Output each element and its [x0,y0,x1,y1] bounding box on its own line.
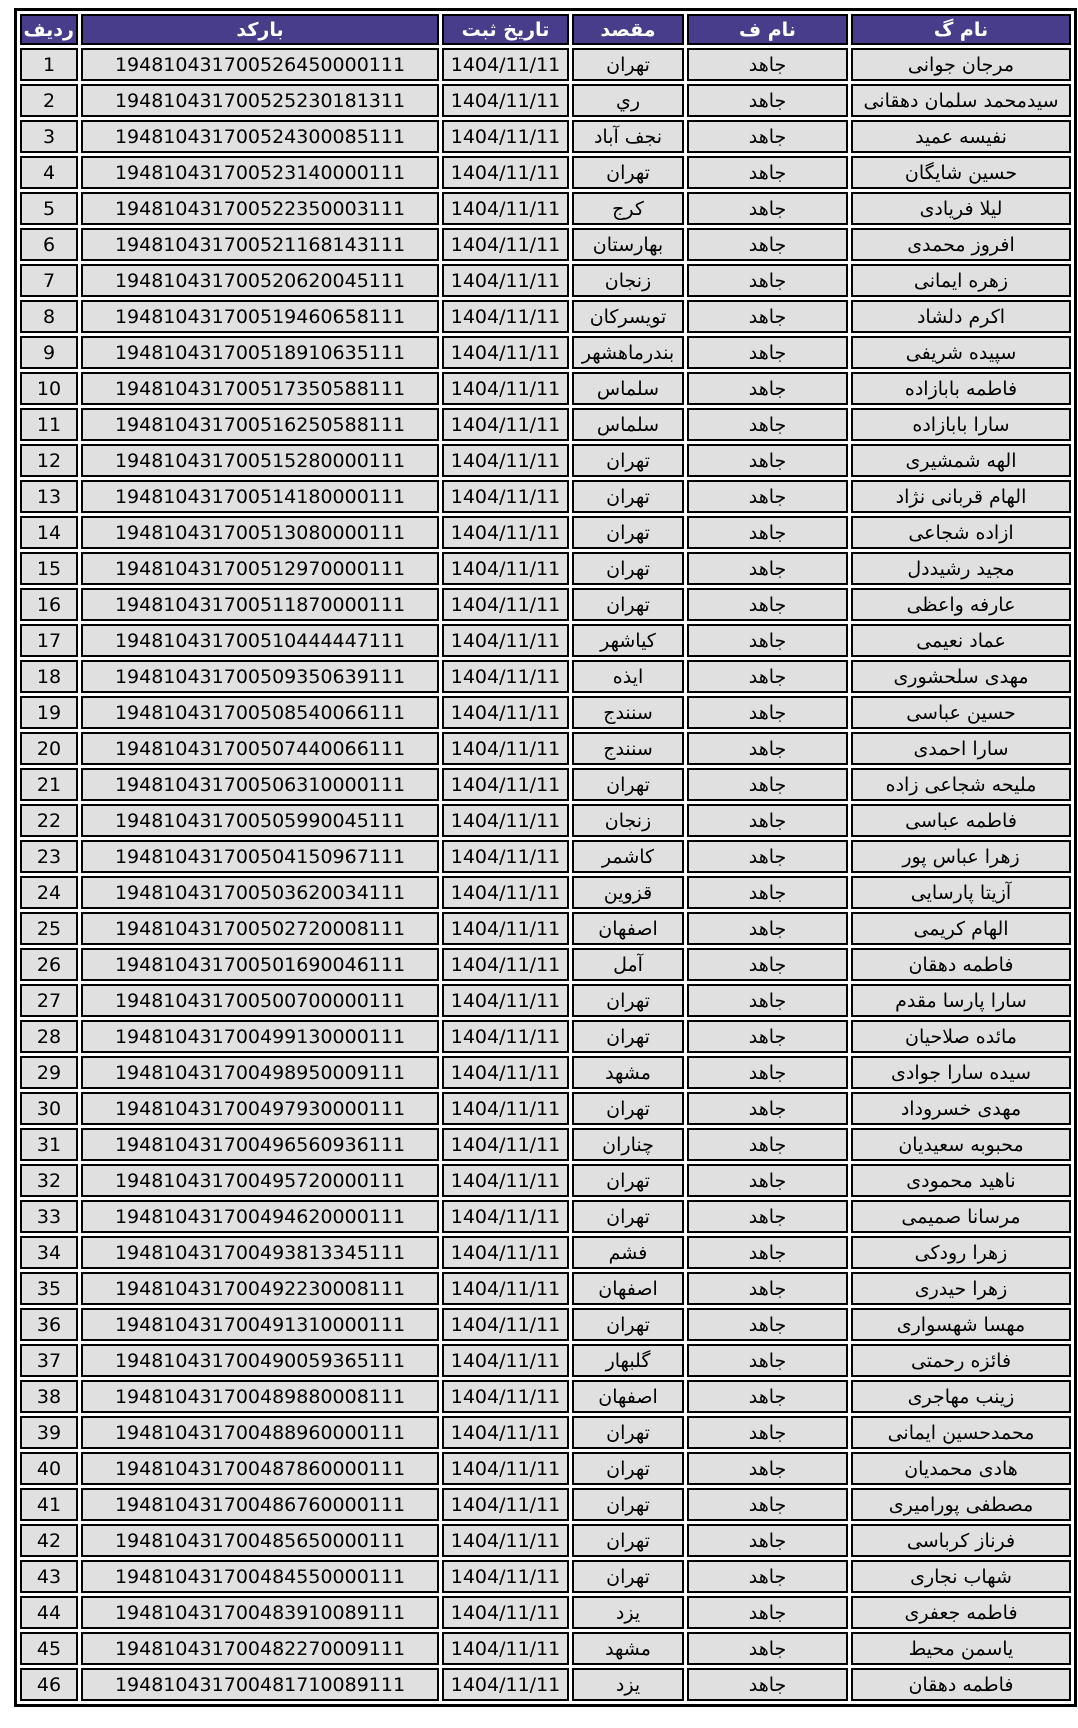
cell-barcode: 194810431700524300085111 [81,120,439,153]
cell-last-name: مرسانا صمیمی [851,1200,1071,1233]
cell-destination: تهران [572,1092,684,1125]
cell-barcode: 194810431700481710089111 [81,1668,439,1701]
cell-first-name: جاهد [687,120,848,153]
cell-destination: تهران [572,1488,684,1521]
cell-row-number: 24 [20,876,78,909]
cell-first-name: جاهد [687,1092,848,1125]
cell-first-name: جاهد [687,696,848,729]
table-row: 71948104317005206200451111404/11/11زنجان… [20,264,1071,297]
cell-barcode: 194810431700516250588111 [81,408,439,441]
cell-last-name: سارا احمدی [851,732,1071,765]
cell-date: 1404/11/11 [442,1056,569,1089]
cell-barcode: 194810431700514180000111 [81,480,439,513]
cell-date: 1404/11/11 [442,480,569,513]
cell-date: 1404/11/11 [442,1596,569,1629]
cell-barcode: 194810431700489880008111 [81,1380,439,1413]
header-destination: مقصد [572,14,684,45]
cell-date: 1404/11/11 [442,300,569,333]
cell-row-number: 8 [20,300,78,333]
table-row: 351948104317004922300081111404/11/11اصفه… [20,1272,1071,1305]
cell-date: 1404/11/11 [442,1452,569,1485]
cell-date: 1404/11/11 [442,840,569,873]
cell-first-name: جاهد [687,1344,848,1377]
cell-date: 1404/11/11 [442,1380,569,1413]
cell-barcode: 194810431700502720008111 [81,912,439,945]
cell-first-name: جاهد [687,48,848,81]
cell-last-name: مصطفی پورامیری [851,1488,1071,1521]
cell-date: 1404/11/11 [442,1236,569,1269]
table-row: 271948104317005007000001111404/11/11تهرا… [20,984,1071,1017]
table-row: 301948104317004979300001111404/11/11تهرا… [20,1092,1071,1125]
cell-first-name: جاهد [687,1560,848,1593]
cell-last-name: عماد نعیمی [851,624,1071,657]
cell-date: 1404/11/11 [442,444,569,477]
cell-date: 1404/11/11 [442,912,569,945]
cell-date: 1404/11/11 [442,408,569,441]
table-row: 191948104317005085400661111404/11/11سنند… [20,696,1071,729]
cell-first-name: جاهد [687,1452,848,1485]
table-row: 131948104317005141800001111404/11/11تهرا… [20,480,1071,513]
cell-first-name: جاهد [687,1380,848,1413]
cell-date: 1404/11/11 [442,768,569,801]
cell-first-name: جاهد [687,228,848,261]
cell-barcode: 194810431700522350003111 [81,192,439,225]
cell-first-name: جاهد [687,804,848,837]
cell-barcode: 194810431700497930000111 [81,1092,439,1125]
table-row: 421948104317004856500001111404/11/11تهرا… [20,1524,1071,1557]
cell-first-name: جاهد [687,732,848,765]
cell-date: 1404/11/11 [442,588,569,621]
cell-destination: کاشمر [572,840,684,873]
header-barcode: بارکد [81,14,439,45]
cell-row-number: 31 [20,1128,78,1161]
cell-first-name: جاهد [687,1128,848,1161]
cell-row-number: 17 [20,624,78,657]
table-body: 11948104317005264500001111404/11/11تهران… [20,48,1071,1701]
cell-first-name: جاهد [687,1308,848,1341]
cell-date: 1404/11/11 [442,1560,569,1593]
cell-row-number: 28 [20,1020,78,1053]
cell-barcode: 194810431700490059365111 [81,1344,439,1377]
report-page: ردیف بارکد تاریخ ثبت مقصد نام ف نام گ 11… [0,0,1078,1728]
cell-barcode: 194810431700494620000111 [81,1200,439,1233]
cell-destination: سلماس [572,372,684,405]
cell-barcode: 194810431700520620045111 [81,264,439,297]
cell-date: 1404/11/11 [442,732,569,765]
cell-destination: تهران [572,1200,684,1233]
shipments-table: ردیف بارکد تاریخ ثبت مقصد نام ف نام گ 11… [14,8,1077,1707]
cell-last-name: زینب مهاجری [851,1380,1071,1413]
cell-row-number: 30 [20,1092,78,1125]
cell-destination: تهران [572,552,684,585]
cell-last-name: حسین شایگان [851,156,1071,189]
cell-first-name: جاهد [687,552,848,585]
cell-first-name: جاهد [687,1200,848,1233]
cell-date: 1404/11/11 [442,516,569,549]
cell-first-name: جاهد [687,1164,848,1197]
cell-last-name: لیلا فریادی [851,192,1071,225]
cell-last-name: ملیحه شجاعی زاده [851,768,1071,801]
cell-date: 1404/11/11 [442,336,569,369]
cell-first-name: جاهد [687,1236,848,1269]
cell-destination: تهران [572,1524,684,1557]
cell-last-name: الهام کریمی [851,912,1071,945]
cell-barcode: 194810431700495720000111 [81,1164,439,1197]
cell-row-number: 46 [20,1668,78,1701]
cell-first-name: جاهد [687,624,848,657]
table-row: 241948104317005036200341111404/11/11قزوی… [20,876,1071,909]
table-row: 261948104317005016900461111404/11/11آملج… [20,948,1071,981]
cell-last-name: مهسا شهسواری [851,1308,1071,1341]
cell-date: 1404/11/11 [442,1488,569,1521]
table-row: 221948104317005059900451111404/11/11زنجا… [20,804,1071,837]
table-row: 231948104317005041509671111404/11/11کاشم… [20,840,1071,873]
cell-last-name: مهدی سلحشوری [851,660,1071,693]
cell-row-number: 16 [20,588,78,621]
cell-row-number: 35 [20,1272,78,1305]
header-first-name: نام ف [687,14,848,45]
cell-date: 1404/11/11 [442,1092,569,1125]
cell-last-name: ازاده شجاعی [851,516,1071,549]
cell-last-name: سیدمحمد سلمان دهقانی [851,84,1071,117]
cell-date: 1404/11/11 [442,1272,569,1305]
cell-destination: قزوین [572,876,684,909]
table-row: 381948104317004898800081111404/11/11اصفه… [20,1380,1071,1413]
cell-date: 1404/11/11 [442,804,569,837]
cell-barcode: 194810431700512970000111 [81,552,439,585]
cell-row-number: 14 [20,516,78,549]
cell-first-name: جاهد [687,588,848,621]
cell-row-number: 34 [20,1236,78,1269]
cell-row-number: 11 [20,408,78,441]
table-row: 11948104317005264500001111404/11/11تهران… [20,48,1071,81]
table-row: 61948104317005211681431111404/11/11بهارس… [20,228,1071,261]
cell-row-number: 44 [20,1596,78,1629]
cell-first-name: جاهد [687,840,848,873]
cell-last-name: حسین عباسی [851,696,1071,729]
cell-row-number: 5 [20,192,78,225]
cell-barcode: 194810431700523140000111 [81,156,439,189]
cell-destination: کرج [572,192,684,225]
table-row: 411948104317004867600001111404/11/11تهرا… [20,1488,1071,1521]
cell-row-number: 15 [20,552,78,585]
table-row: 111948104317005162505881111404/11/11سلما… [20,408,1071,441]
cell-date: 1404/11/11 [442,984,569,1017]
cell-destination: سلماس [572,408,684,441]
cell-destination: تهران [572,516,684,549]
cell-barcode: 194810431700482270009111 [81,1632,439,1665]
cell-date: 1404/11/11 [442,372,569,405]
cell-barcode: 194810431700518910635111 [81,336,439,369]
cell-barcode: 194810431700486760000111 [81,1488,439,1521]
table-row: 331948104317004946200001111404/11/11تهرا… [20,1200,1071,1233]
cell-first-name: جاهد [687,156,848,189]
table-row: 291948104317004989500091111404/11/11مشهد… [20,1056,1071,1089]
cell-row-number: 4 [20,156,78,189]
cell-first-name: جاهد [687,984,848,1017]
cell-destination: اصفهان [572,912,684,945]
cell-barcode: 194810431700526450000111 [81,48,439,81]
cell-destination: تویسرکان [572,300,684,333]
cell-barcode: 194810431700506310000111 [81,768,439,801]
cell-barcode: 194810431700493813345111 [81,1236,439,1269]
cell-last-name: زهرا عباس پور [851,840,1071,873]
cell-destination: گلبهار [572,1344,684,1377]
cell-row-number: 26 [20,948,78,981]
cell-date: 1404/11/11 [442,1344,569,1377]
cell-destination: اصفهان [572,1380,684,1413]
cell-first-name: جاهد [687,1056,848,1089]
table-row: 371948104317004900593651111404/11/11گلبه… [20,1344,1071,1377]
cell-barcode: 194810431700485650000111 [81,1524,439,1557]
cell-first-name: جاهد [687,1020,848,1053]
cell-last-name: فاطمه دهقان [851,948,1071,981]
cell-destination: کیاشهر [572,624,684,657]
cell-barcode: 194810431700515280000111 [81,444,439,477]
cell-destination: زنجان [572,804,684,837]
cell-row-number: 32 [20,1164,78,1197]
table-row: 321948104317004957200001111404/11/11تهرا… [20,1164,1071,1197]
cell-barcode: 194810431700513080000111 [81,516,439,549]
cell-row-number: 29 [20,1056,78,1089]
header-row-number: ردیف [20,14,78,45]
table-row: 91948104317005189106351111404/11/11بندرم… [20,336,1071,369]
header-row: ردیف بارکد تاریخ ثبت مقصد نام ف نام گ [20,14,1071,45]
cell-barcode: 194810431700499130000111 [81,1020,439,1053]
cell-last-name: الهام قربانی نژاد [851,480,1071,513]
table-row: 31948104317005243000851111404/11/11نجف آ… [20,120,1071,153]
cell-destination: تهران [572,48,684,81]
cell-last-name: افروز محمدی [851,228,1071,261]
cell-barcode: 194810431700488960000111 [81,1416,439,1449]
cell-date: 1404/11/11 [442,120,569,153]
table-row: 41948104317005231400001111404/11/11تهران… [20,156,1071,189]
cell-barcode: 194810431700500700000111 [81,984,439,1017]
cell-first-name: جاهد [687,444,848,477]
cell-last-name: زهره ایمانی [851,264,1071,297]
table-row: 81948104317005194606581111404/11/11تویسر… [20,300,1071,333]
cell-row-number: 41 [20,1488,78,1521]
cell-destination: بهارستان [572,228,684,261]
cell-destination: نجف آباد [572,120,684,153]
cell-row-number: 43 [20,1560,78,1593]
table-row: 201948104317005074400661111404/11/11سنند… [20,732,1071,765]
cell-destination: تهران [572,768,684,801]
cell-date: 1404/11/11 [442,1668,569,1701]
cell-row-number: 36 [20,1308,78,1341]
cell-first-name: جاهد [687,264,848,297]
cell-destination: سنندج [572,696,684,729]
cell-barcode: 194810431700498950009111 [81,1056,439,1089]
cell-first-name: جاهد [687,1632,848,1665]
cell-barcode: 194810431700507440066111 [81,732,439,765]
table-row: 441948104317004839100891111404/11/11یزدج… [20,1596,1071,1629]
cell-barcode: 194810431700510444447111 [81,624,439,657]
cell-row-number: 38 [20,1380,78,1413]
cell-date: 1404/11/11 [442,264,569,297]
cell-last-name: مرجان جوانی [851,48,1071,81]
cell-last-name: نفیسه عمید [851,120,1071,153]
table-row: 361948104317004913100001111404/11/11تهرا… [20,1308,1071,1341]
cell-destination: اصفهان [572,1272,684,1305]
cell-last-name: ناهید محمودی [851,1164,1071,1197]
cell-destination: تهران [572,1416,684,1449]
cell-date: 1404/11/11 [442,228,569,261]
header-date: تاریخ ثبت [442,14,569,45]
cell-last-name: عارفه واعظی [851,588,1071,621]
cell-date: 1404/11/11 [442,1416,569,1449]
cell-destination: سنندج [572,732,684,765]
cell-barcode: 194810431700508540066111 [81,696,439,729]
table-row: 121948104317005152800001111404/11/11تهرا… [20,444,1071,477]
cell-row-number: 6 [20,228,78,261]
cell-barcode: 194810431700492230008111 [81,1272,439,1305]
cell-row-number: 40 [20,1452,78,1485]
cell-last-name: فاطمه بابازاده [851,372,1071,405]
cell-last-name: فائزه رحمتی [851,1344,1071,1377]
cell-date: 1404/11/11 [442,84,569,117]
cell-first-name: جاهد [687,1272,848,1305]
cell-row-number: 33 [20,1200,78,1233]
cell-row-number: 23 [20,840,78,873]
cell-destination: تهران [572,588,684,621]
cell-first-name: جاهد [687,336,848,369]
table-row: 401948104317004878600001111404/11/11تهرا… [20,1452,1071,1485]
cell-date: 1404/11/11 [442,1524,569,1557]
table-row: 211948104317005063100001111404/11/11تهرا… [20,768,1071,801]
cell-destination: تهران [572,480,684,513]
table-row: 101948104317005173505881111404/11/11سلما… [20,372,1071,405]
cell-barcode: 194810431700511870000111 [81,588,439,621]
cell-first-name: جاهد [687,912,848,945]
cell-first-name: جاهد [687,84,848,117]
cell-destination: مشهد [572,1632,684,1665]
cell-date: 1404/11/11 [442,696,569,729]
cell-date: 1404/11/11 [442,192,569,225]
table-row: 461948104317004817100891111404/11/11یزدج… [20,1668,1071,1701]
cell-barcode: 194810431700509350639111 [81,660,439,693]
cell-row-number: 42 [20,1524,78,1557]
cell-first-name: جاهد [687,876,848,909]
table-row: 161948104317005118700001111404/11/11تهرا… [20,588,1071,621]
cell-destination: بندرماهشهر [572,336,684,369]
table-row: 141948104317005130800001111404/11/11تهرا… [20,516,1071,549]
cell-destination: زنجان [572,264,684,297]
cell-date: 1404/11/11 [442,1020,569,1053]
cell-destination: تهران [572,444,684,477]
cell-destination: تهران [572,1560,684,1593]
cell-last-name: فاطمه جعفری [851,1596,1071,1629]
cell-first-name: جاهد [687,1488,848,1521]
cell-barcode: 194810431700519460658111 [81,300,439,333]
cell-last-name: آزیتا پارسایی [851,876,1071,909]
cell-destination: آمل [572,948,684,981]
cell-first-name: جاهد [687,768,848,801]
cell-last-name: فاطمه عباسی [851,804,1071,837]
cell-last-name: سارا پارسا مقدم [851,984,1071,1017]
cell-destination: ري [572,84,684,117]
cell-barcode: 194810431700521168143111 [81,228,439,261]
table-row: 341948104317004938133451111404/11/11فشمج… [20,1236,1071,1269]
cell-first-name: جاهد [687,660,848,693]
cell-first-name: جاهد [687,1524,848,1557]
cell-row-number: 27 [20,984,78,1017]
header-last-name: نام گ [851,14,1071,45]
cell-destination: تهران [572,156,684,189]
cell-row-number: 19 [20,696,78,729]
cell-row-number: 12 [20,444,78,477]
cell-row-number: 9 [20,336,78,369]
cell-first-name: جاهد [687,1596,848,1629]
cell-last-name: الهه شمشیری [851,444,1071,477]
cell-date: 1404/11/11 [442,624,569,657]
cell-date: 1404/11/11 [442,156,569,189]
cell-destination: ایذه [572,660,684,693]
cell-last-name: مجید رشیددل [851,552,1071,585]
table-row: 451948104317004822700091111404/11/11مشهد… [20,1632,1071,1665]
cell-row-number: 45 [20,1632,78,1665]
cell-date: 1404/11/11 [442,1200,569,1233]
cell-row-number: 21 [20,768,78,801]
cell-last-name: مائده صلاحیان [851,1020,1071,1053]
cell-date: 1404/11/11 [442,1128,569,1161]
cell-row-number: 18 [20,660,78,693]
cell-last-name: محبوبه سعیدیان [851,1128,1071,1161]
cell-last-name: زهرا رودکی [851,1236,1071,1269]
cell-destination: یزد [572,1596,684,1629]
cell-barcode: 194810431700483910089111 [81,1596,439,1629]
table-row: 251948104317005027200081111404/11/11اصفه… [20,912,1071,945]
cell-last-name: سارا بابازاده [851,408,1071,441]
cell-barcode: 194810431700505990045111 [81,804,439,837]
cell-row-number: 39 [20,1416,78,1449]
cell-date: 1404/11/11 [442,1308,569,1341]
cell-row-number: 2 [20,84,78,117]
cell-row-number: 22 [20,804,78,837]
cell-last-name: مهدی خسروداد [851,1092,1071,1125]
table-row: 431948104317004845500001111404/11/11تهرا… [20,1560,1071,1593]
table-row: 51948104317005223500031111404/11/11کرججا… [20,192,1071,225]
cell-first-name: جاهد [687,480,848,513]
cell-last-name: محمدحسین ایمانی [851,1416,1071,1449]
cell-last-name: اکرم دلشاد [851,300,1071,333]
cell-row-number: 7 [20,264,78,297]
cell-barcode: 194810431700503620034111 [81,876,439,909]
cell-date: 1404/11/11 [442,876,569,909]
table-row: 181948104317005093506391111404/11/11ایذه… [20,660,1071,693]
cell-row-number: 20 [20,732,78,765]
cell-first-name: جاهد [687,1668,848,1701]
table-row: 311948104317004965609361111404/11/11چنار… [20,1128,1071,1161]
table-row: 281948104317004991300001111404/11/11تهرا… [20,1020,1071,1053]
cell-last-name: شهاب نجاری [851,1560,1071,1593]
cell-date: 1404/11/11 [442,48,569,81]
cell-first-name: جاهد [687,372,848,405]
cell-barcode: 194810431700517350588111 [81,372,439,405]
table-row: 21948104317005252301813111404/11/11ريجاه… [20,84,1071,117]
cell-date: 1404/11/11 [442,1632,569,1665]
cell-destination: تهران [572,1020,684,1053]
cell-first-name: جاهد [687,1416,848,1449]
cell-barcode: 194810431700504150967111 [81,840,439,873]
table-header: ردیف بارکد تاریخ ثبت مقصد نام ف نام گ [20,14,1071,45]
cell-barcode: 194810431700487860000111 [81,1452,439,1485]
cell-destination: تهران [572,1308,684,1341]
cell-destination: تهران [572,1164,684,1197]
cell-date: 1404/11/11 [442,948,569,981]
cell-destination: چناران [572,1128,684,1161]
cell-barcode: 194810431700501690046111 [81,948,439,981]
